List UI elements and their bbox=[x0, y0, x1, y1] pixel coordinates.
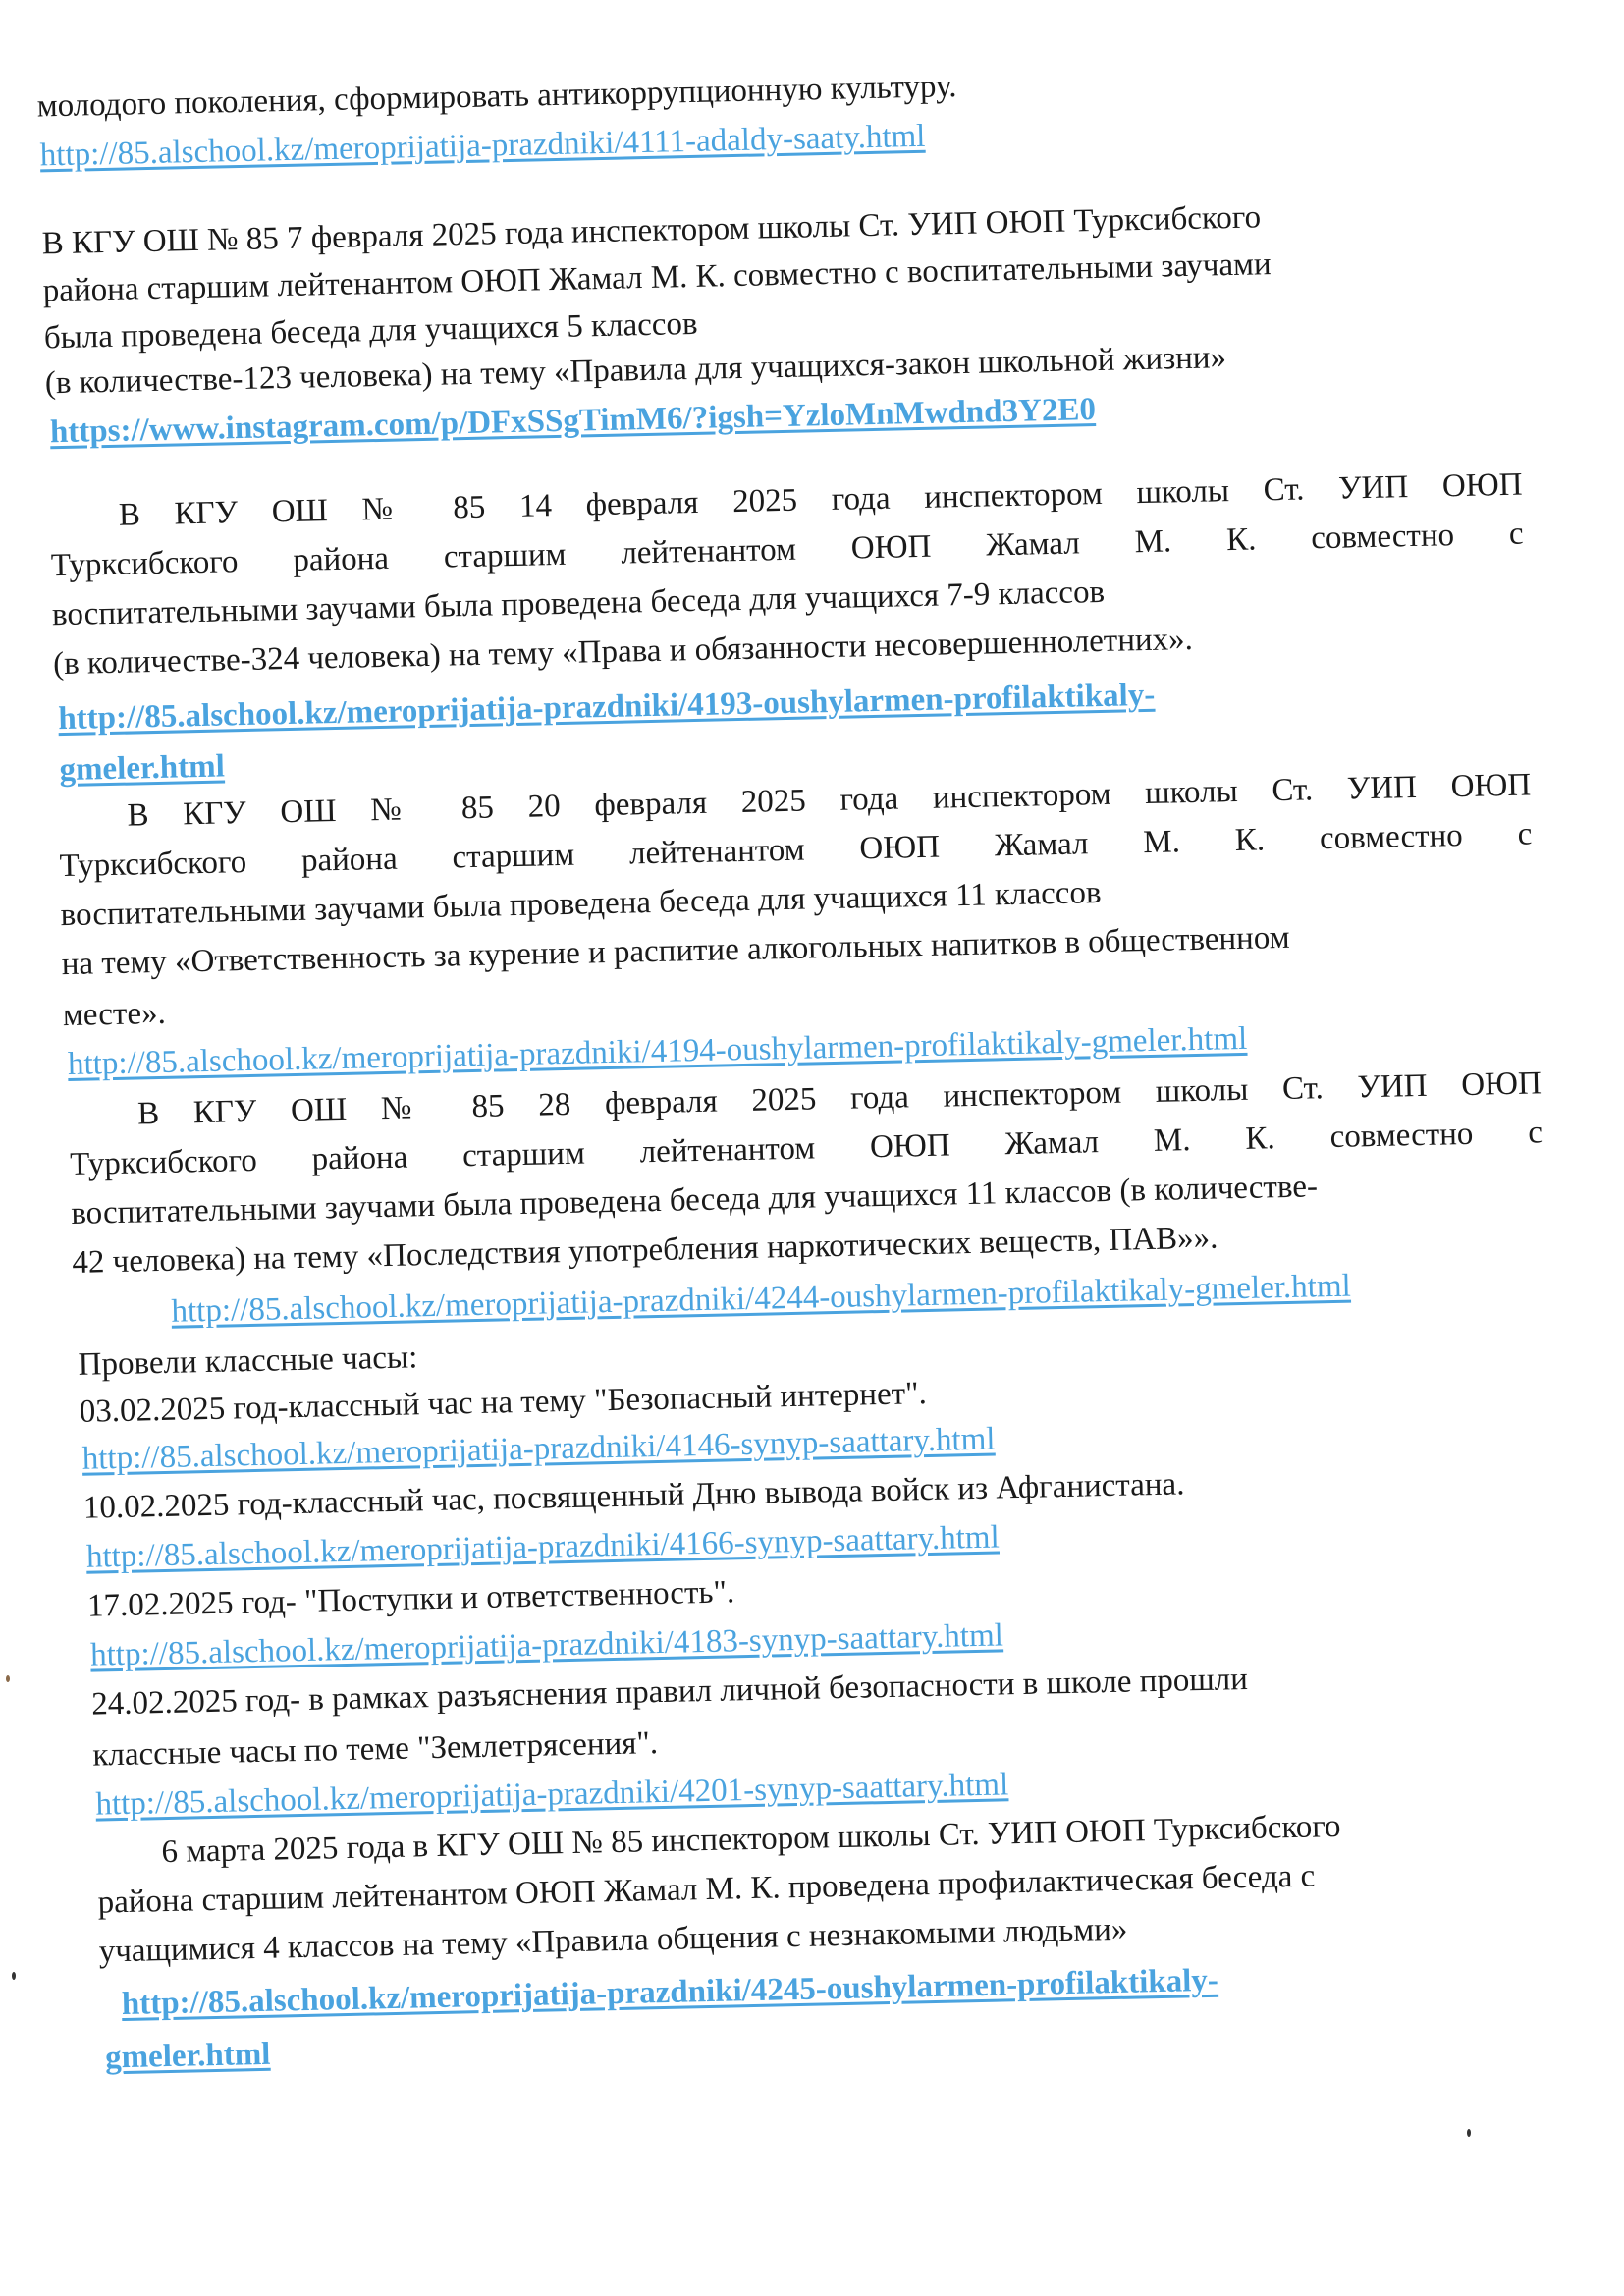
class-hours-heading: Провели классные часы: bbox=[78, 1338, 417, 1385]
intro-text: молодого поколения, сформировать антикор… bbox=[36, 67, 957, 126]
scan-speck bbox=[1467, 2129, 1471, 2137]
link-4193-part2[interactable]: gmeler.html bbox=[59, 746, 225, 790]
scanned-page: молодого поколения, сформировать антикор… bbox=[0, 0, 1624, 2296]
link-4201[interactable]: http://85.alschool.kz/meroprijatija-praz… bbox=[95, 1765, 1009, 1824]
event3-line-5: месте». bbox=[63, 994, 167, 1035]
link-4183[interactable]: http://85.alschool.kz/meroprijatija-praz… bbox=[90, 1615, 1004, 1674]
scan-speck bbox=[12, 1972, 16, 1980]
link-4245-part1[interactable]: http://85.alschool.kz/meroprijatija-praz… bbox=[121, 1961, 1218, 2024]
link-4166[interactable]: http://85.alschool.kz/meroprijatija-praz… bbox=[86, 1517, 1001, 1576]
scan-speck bbox=[6, 1675, 10, 1682]
class-hour-4-text-2: классные часы по теме "Землетрясения". bbox=[92, 1723, 659, 1776]
class-hour-3-text: 17.02.2025 год- "Поступки и ответственно… bbox=[87, 1572, 735, 1625]
link-adaldy-saaty[interactable]: http://85.alschool.kz/meroprijatija-praz… bbox=[39, 117, 925, 176]
link-4193-part1[interactable]: http://85.alschool.kz/meroprijatija-praz… bbox=[58, 676, 1156, 738]
link-4245-part2[interactable]: gmeler.html bbox=[105, 2035, 271, 2078]
event1-line-3: была проведена беседа для учащихся 5 кла… bbox=[43, 304, 697, 358]
